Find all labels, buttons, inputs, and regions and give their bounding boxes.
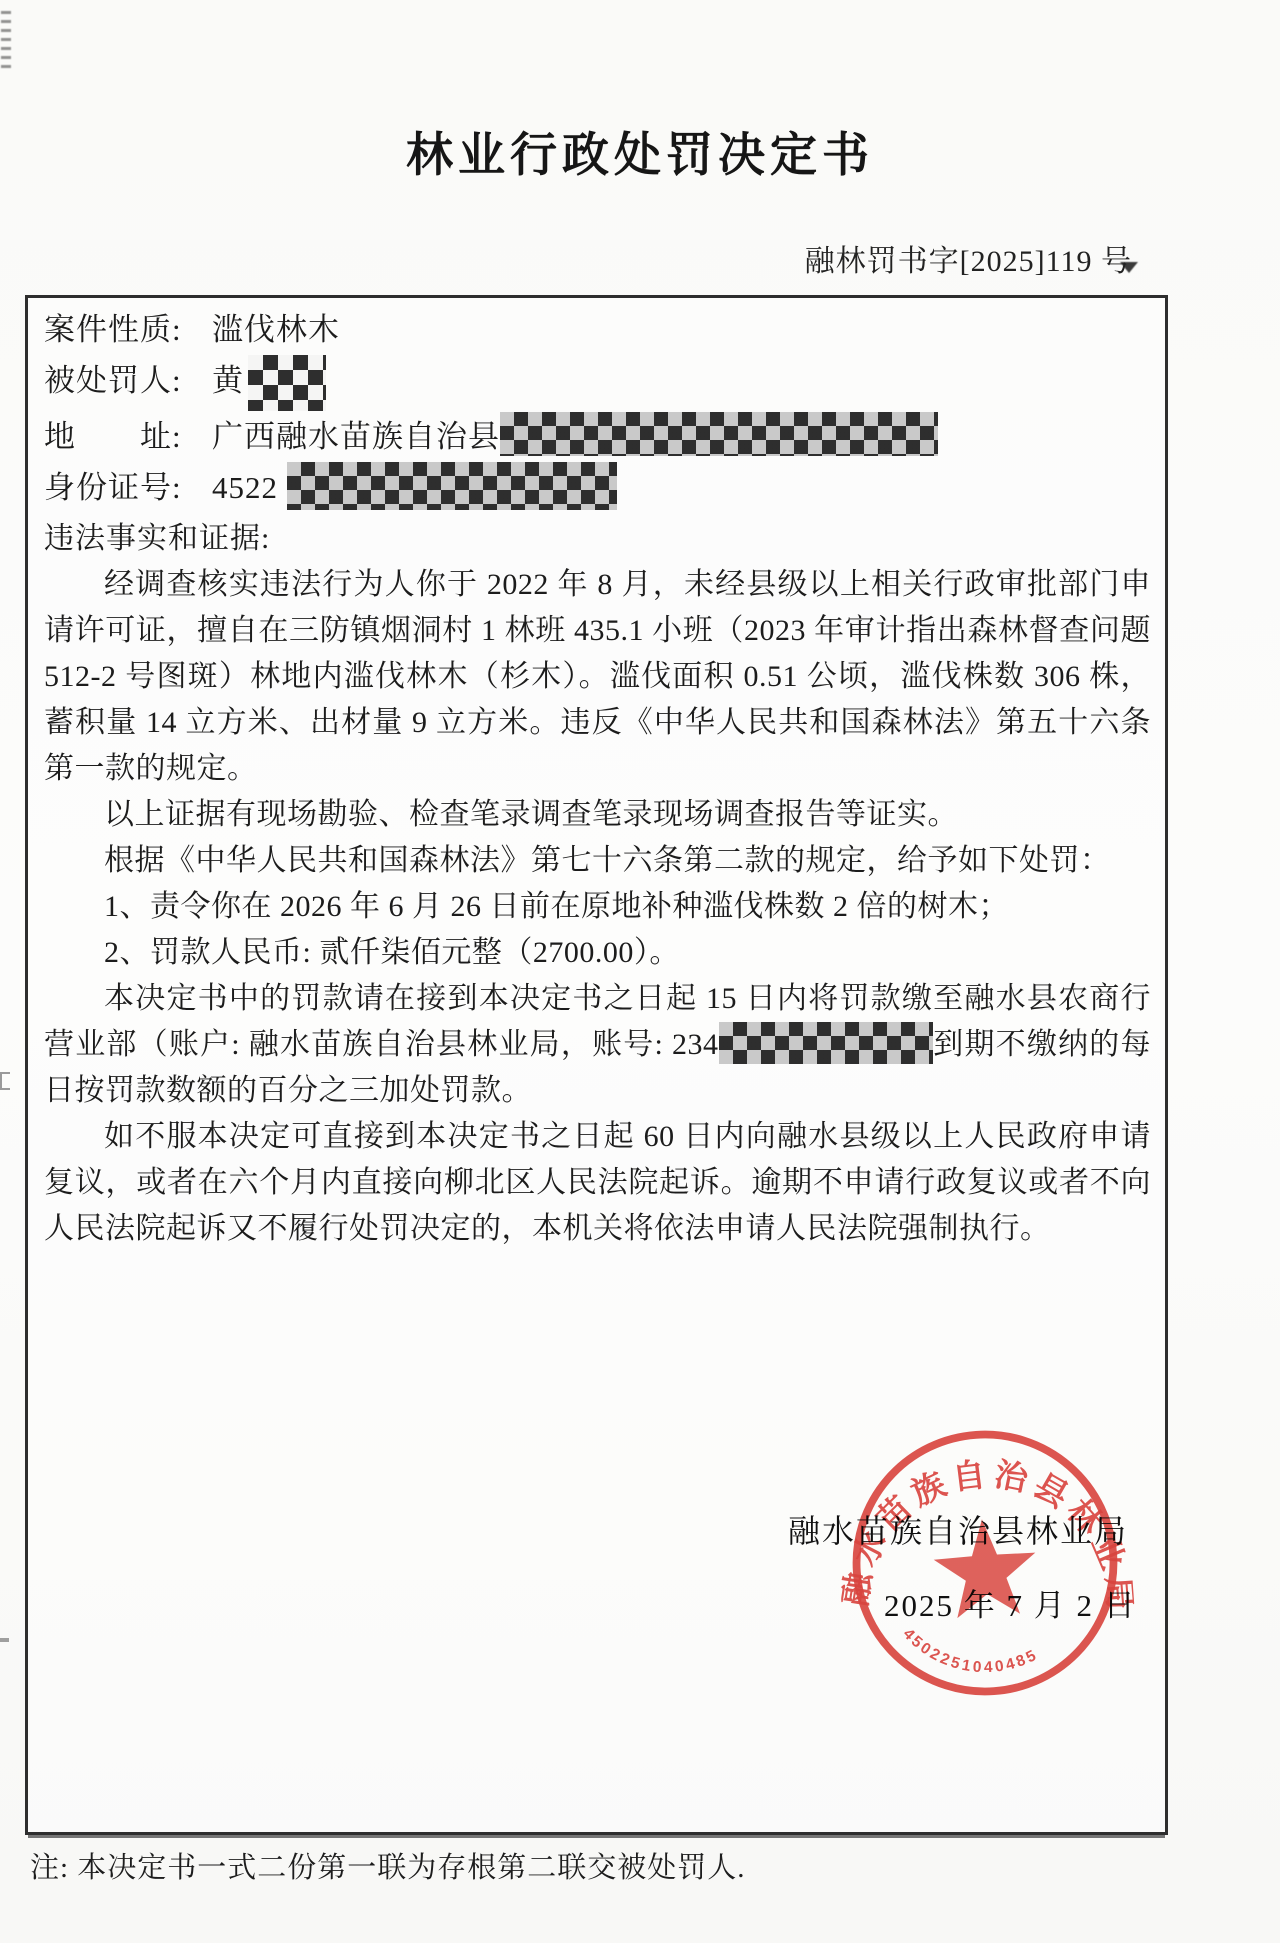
body-paragraph-appeal: 如不服本决定可直接到本决定书之日起 60 日内向融水县级以上人民政府申请复议，或… [44, 1114, 1151, 1252]
doc-number: 融林罚书字[2025]119 号 [805, 236, 1132, 280]
facts-evidence-heading: 违法事实和证据: [44, 515, 1151, 562]
redaction-mosaic-id [287, 462, 617, 510]
stamp-star [931, 1516, 1039, 1620]
penalized-person-label: 被处罚人: [44, 355, 212, 406]
official-stamp-graphic: 融水苗族自治县林业局 4502251040485 [829, 1407, 1141, 1719]
id-number-label: 身份证号: [44, 462, 212, 513]
address-label: 地 址: [44, 411, 212, 462]
scan-artifact-left-lower [0, 1638, 9, 1642]
redaction-mosaic-name [248, 355, 326, 411]
scan-artifact-top-left [1, 8, 11, 68]
body-paragraph-facts: 经调查核实违法行为人你于 2022 年 8 月，未经县级以上相关行政审批部门申请… [44, 562, 1151, 792]
page-title: 林业行政处罚决定书 [0, 118, 1280, 185]
id-number-value: 4522 [212, 470, 287, 505]
official-stamp: 融水苗族自治县林业局 4502251040485 [829, 1407, 1141, 1719]
redaction-mosaic-address [500, 412, 938, 456]
body-paragraph-penalty-2: 2、罚款人民币: 贰仟柒佰元整（2700.00）。 [44, 930, 1151, 976]
id-number-row: 身份证号:4522 [44, 462, 1151, 513]
body-paragraph-legal-basis: 根据《中华人民共和国森林法》第七十六条第二款的规定，给予如下处罚： [44, 838, 1151, 884]
address-row: 地 址:广西融水苗族自治县 [44, 411, 1151, 462]
case-nature-row: 案件性质:滥伐林木 [44, 304, 1151, 355]
penalized-person-value: 黄 [212, 363, 244, 398]
address-value: 广西融水苗族自治县 [212, 419, 500, 454]
scanned-document-page: 林业行政处罚决定书 融林罚书字[2025]119 号 案件性质:滥伐林木 被处罚… [0, 0, 1280, 1943]
body-paragraphs: 经调查核实违法行为人你于 2022 年 8 月，未经县级以上相关行政审批部门申请… [44, 562, 1151, 1252]
case-nature-value: 滥伐林木 [212, 312, 340, 347]
redaction-mosaic-account [719, 1022, 933, 1064]
body-paragraph-payment: 本决定书中的罚款请在接到本决定书之日起 15 日内将罚款缴至融水县农商行营业部（… [44, 976, 1151, 1114]
footer-note: 注: 本决定书一式二份第一联为存根第二联交被处罚人. [30, 1845, 746, 1886]
case-nature-label: 案件性质: [44, 304, 212, 355]
body-paragraph-evidence: 以上证据有现场勘验、检查笔录调查笔录现场调查报告等证实。 [44, 792, 1151, 838]
scan-artifact-left-middle [0, 1072, 10, 1090]
body-paragraph-penalty-1: 1、责令你在 2026 年 6 月 26 日前在原地补种滥伐株数 2 倍的树木； [44, 884, 1151, 930]
penalized-person-row: 被处罚人:黄 [44, 355, 1151, 411]
